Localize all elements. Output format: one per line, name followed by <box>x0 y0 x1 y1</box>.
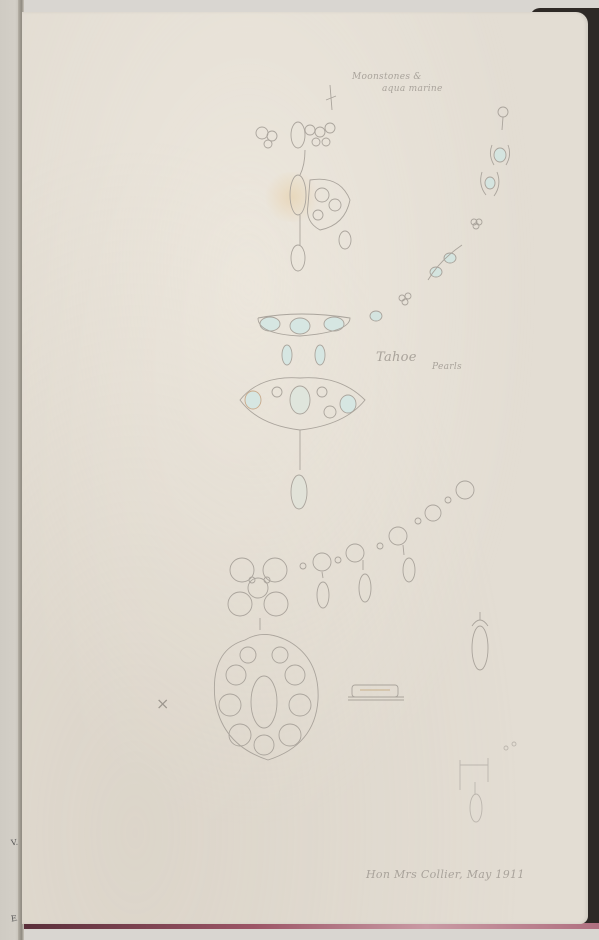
side-profile-setting-drawing <box>348 685 404 700</box>
annotation-moonstones: Moonstones & <box>352 72 422 82</box>
annotation-aquamarine: aqua marine <box>382 84 443 94</box>
pendant-with-scroll-top-drawing <box>256 85 351 271</box>
faint-drop-sketch-drawing <box>460 742 516 822</box>
jewellery-drawings <box>0 0 599 940</box>
necklace-chain-arc-drawing <box>370 107 510 321</box>
pearl-chain-lower-drawing <box>300 481 474 608</box>
opal-pendant-center-drawing <box>240 314 365 509</box>
annotation-pearls: Pearls <box>432 362 462 372</box>
artist-signature: Hon Mrs Collier, May 1911 <box>366 868 525 881</box>
annotation-tahoe: Tahoe <box>376 350 417 365</box>
margin-cross-mark: × <box>156 694 170 713</box>
elongated-drop-drawing <box>472 612 488 670</box>
cluster-pendant-drawing <box>214 558 318 760</box>
